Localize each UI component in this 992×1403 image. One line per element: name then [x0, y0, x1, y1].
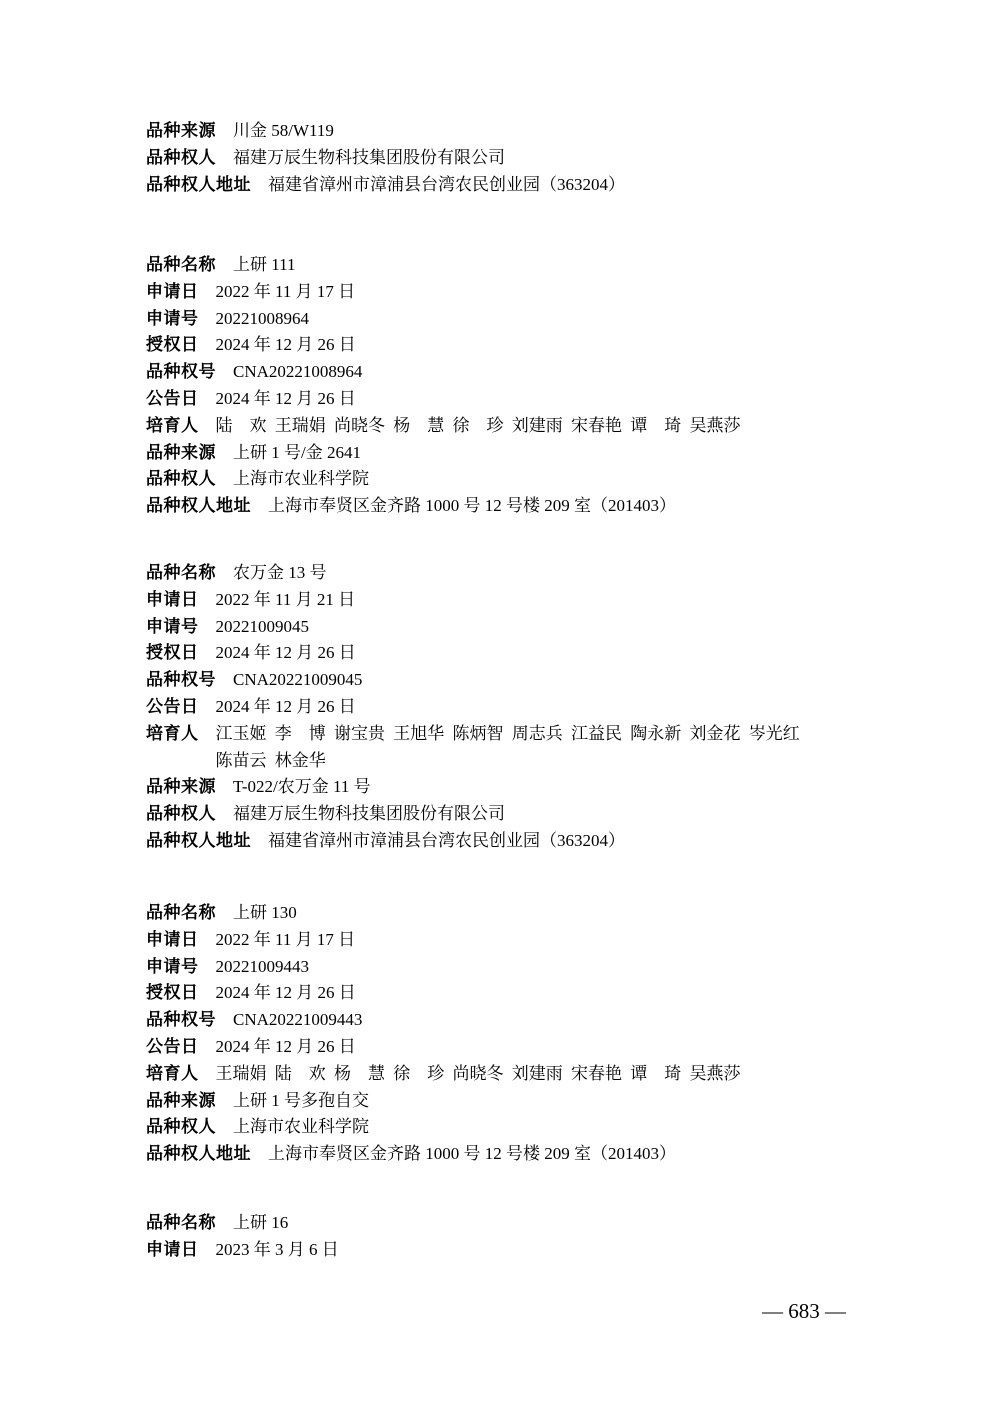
field-value: 福建万辰生物科技集团股份有限公司	[233, 145, 846, 172]
field-label: 培育人	[146, 721, 199, 748]
field-row: 品种权人地址 福建省漳州市漳浦县台湾农民创业园（363204）	[146, 828, 846, 855]
field-label: 品种来源	[146, 1088, 216, 1115]
field-label: 公告日	[146, 1034, 199, 1061]
field-label: 品种权人	[146, 466, 216, 493]
field-row: 品种名称 上研 111	[146, 252, 846, 279]
field-row: 品种权号 CNA20221009045	[146, 667, 846, 694]
field-label: 申请日	[146, 587, 199, 614]
field-label: 品种名称	[146, 900, 216, 927]
field-value: 2024 年 12 月 26 日	[216, 980, 847, 1007]
field-value: 上海市奉贤区金齐路 1000 号 12 号楼 209 室（201403）	[268, 1141, 846, 1168]
field-row-breeders: 培育人 王瑞娟 陆 欢 杨 慧 徐 珍 尚晓冬 刘建雨 宋春艳 谭 琦 吴燕莎	[146, 1061, 846, 1088]
field-value: CNA20221009443	[233, 1007, 846, 1034]
field-value: 福建万辰生物科技集团股份有限公司	[233, 801, 846, 828]
field-row: 申请日 2022 年 11 月 21 日	[146, 587, 846, 614]
field-value: 上研 1 号/金 2641	[233, 440, 846, 467]
field-value: CNA20221009045	[233, 667, 846, 694]
field-value: 上研 16	[233, 1210, 846, 1237]
field-value: 福建省漳州市漳浦县台湾农民创业园（363204）	[268, 828, 846, 855]
field-label: 申请号	[146, 954, 199, 981]
field-value: 2022 年 11 月 17 日	[216, 279, 847, 306]
field-label: 培育人	[146, 1061, 199, 1088]
field-value: 农万金 13 号	[233, 560, 846, 587]
field-row: 授权日 2024 年 12 月 26 日	[146, 332, 846, 359]
variety-entry: 品种名称 上研 130 申请日 2022 年 11 月 17 日 申请号 202…	[146, 900, 846, 1168]
field-value: 2024 年 12 月 26 日	[216, 640, 847, 667]
field-row: 品种权人 福建万辰生物科技集团股份有限公司	[146, 801, 846, 828]
field-label: 申请号	[146, 306, 199, 333]
field-row: 品种权人地址 上海市奉贤区金齐路 1000 号 12 号楼 209 室（2014…	[146, 1141, 846, 1168]
field-value: 20221009045	[216, 614, 847, 641]
field-value: 王瑞娟 陆 欢 杨 慧 徐 珍 尚晓冬 刘建雨 宋春艳 谭 琦 吴燕莎	[216, 1061, 847, 1088]
field-value: 上海市奉贤区金齐路 1000 号 12 号楼 209 室（201403）	[268, 493, 846, 520]
document-page: 品种来源 川金 58/W119 品种权人 福建万辰生物科技集团股份有限公司 品种…	[0, 0, 992, 1403]
field-row: 公告日 2024 年 12 月 26 日	[146, 386, 846, 413]
field-value: 上海市农业科学院	[233, 466, 846, 493]
field-label: 品种名称	[146, 1210, 216, 1237]
field-value: 20221009443	[216, 954, 847, 981]
field-value: 2024 年 12 月 26 日	[216, 1034, 847, 1061]
field-value: 江玉姬 李 博 谢宝贵 王旭华 陈炳智 周志兵 江益民 陶永新 刘金花 岑光红 …	[216, 721, 847, 775]
field-value: 2022 年 11 月 17 日	[216, 927, 847, 954]
field-label: 品种名称	[146, 560, 216, 587]
field-label: 品种来源	[146, 118, 216, 145]
field-row-breeders: 培育人 陆 欢 王瑞娟 尚晓冬 杨 慧 徐 珍 刘建雨 宋春艳 谭 琦 吴燕莎	[146, 413, 846, 440]
field-value: 福建省漳州市漳浦县台湾农民创业园（363204）	[268, 172, 846, 199]
field-label: 培育人	[146, 413, 199, 440]
field-row: 申请号 20221009045	[146, 614, 846, 641]
field-label: 品种权号	[146, 1007, 216, 1034]
field-value: 20221008964	[216, 306, 847, 333]
variety-entry: 品种名称 农万金 13 号 申请日 2022 年 11 月 21 日 申请号 2…	[146, 560, 846, 855]
field-row: 申请日 2023 年 3 月 6 日	[146, 1237, 846, 1264]
field-row: 品种来源 川金 58/W119	[146, 118, 846, 145]
field-label: 授权日	[146, 980, 199, 1007]
field-row: 品种名称 农万金 13 号	[146, 560, 846, 587]
field-label: 授权日	[146, 640, 199, 667]
field-value: 上海市农业科学院	[233, 1114, 846, 1141]
field-row: 公告日 2024 年 12 月 26 日	[146, 694, 846, 721]
field-value: 上研 130	[233, 900, 846, 927]
field-value: 上研 1 号多孢自交	[233, 1088, 846, 1115]
field-label: 品种权号	[146, 667, 216, 694]
field-label: 品种权人地址	[146, 172, 251, 199]
field-label: 申请日	[146, 1237, 199, 1264]
field-label: 品种权人地址	[146, 1141, 251, 1168]
field-label: 公告日	[146, 386, 199, 413]
field-row: 品种权号 CNA20221009443	[146, 1007, 846, 1034]
field-row: 品种来源 T-022/农万金 11 号	[146, 774, 846, 801]
field-value: 川金 58/W119	[233, 118, 846, 145]
field-value: CNA20221008964	[233, 359, 846, 386]
page-number: — 683 —	[762, 1299, 846, 1323]
field-row: 品种来源 上研 1 号多孢自交	[146, 1088, 846, 1115]
field-label: 申请号	[146, 614, 199, 641]
field-row: 品种名称 上研 130	[146, 900, 846, 927]
field-label: 品种权号	[146, 359, 216, 386]
field-label: 品种权人	[146, 801, 216, 828]
field-label: 申请日	[146, 927, 199, 954]
field-label: 品种权人地址	[146, 493, 251, 520]
page-footer: — 683 —	[146, 1298, 846, 1325]
field-row: 申请号 20221008964	[146, 306, 846, 333]
field-value: 2024 年 12 月 26 日	[216, 694, 847, 721]
field-value: 上研 111	[233, 252, 846, 279]
variety-entry: 品种来源 川金 58/W119 品种权人 福建万辰生物科技集团股份有限公司 品种…	[146, 118, 846, 198]
variety-entry: 品种名称 上研 16 申请日 2023 年 3 月 6 日	[146, 1210, 846, 1264]
field-value: 2023 年 3 月 6 日	[216, 1237, 847, 1264]
field-row: 授权日 2024 年 12 月 26 日	[146, 980, 846, 1007]
field-row: 品种权人地址 上海市奉贤区金齐路 1000 号 12 号楼 209 室（2014…	[146, 493, 846, 520]
field-label: 授权日	[146, 332, 199, 359]
field-value: 2024 年 12 月 26 日	[216, 386, 847, 413]
field-row: 授权日 2024 年 12 月 26 日	[146, 640, 846, 667]
field-label: 申请日	[146, 279, 199, 306]
field-row: 申请日 2022 年 11 月 17 日	[146, 927, 846, 954]
field-label: 品种权人	[146, 1114, 216, 1141]
field-row: 申请号 20221009443	[146, 954, 846, 981]
field-row: 品种名称 上研 16	[146, 1210, 846, 1237]
field-row: 品种权人 上海市农业科学院	[146, 466, 846, 493]
field-value: T-022/农万金 11 号	[233, 774, 846, 801]
field-row: 品种权人 上海市农业科学院	[146, 1114, 846, 1141]
field-row: 申请日 2022 年 11 月 17 日	[146, 279, 846, 306]
variety-entry: 品种名称 上研 111 申请日 2022 年 11 月 17 日 申请号 202…	[146, 252, 846, 520]
field-value: 2022 年 11 月 21 日	[216, 587, 847, 614]
field-row: 品种权人 福建万辰生物科技集团股份有限公司	[146, 145, 846, 172]
field-label: 公告日	[146, 694, 199, 721]
field-label: 品种来源	[146, 440, 216, 467]
field-row-breeders: 培育人 江玉姬 李 博 谢宝贵 王旭华 陈炳智 周志兵 江益民 陶永新 刘金花 …	[146, 721, 846, 775]
field-label: 品种权人地址	[146, 828, 251, 855]
field-value: 2024 年 12 月 26 日	[216, 332, 847, 359]
field-value: 陆 欢 王瑞娟 尚晓冬 杨 慧 徐 珍 刘建雨 宋春艳 谭 琦 吴燕莎	[216, 413, 847, 440]
field-label: 品种名称	[146, 252, 216, 279]
field-row: 品种来源 上研 1 号/金 2641	[146, 440, 846, 467]
field-row: 品种权号 CNA20221008964	[146, 359, 846, 386]
field-label: 品种权人	[146, 145, 216, 172]
field-label: 品种来源	[146, 774, 216, 801]
field-row: 品种权人地址 福建省漳州市漳浦县台湾农民创业园（363204）	[146, 172, 846, 199]
field-row: 公告日 2024 年 12 月 26 日	[146, 1034, 846, 1061]
